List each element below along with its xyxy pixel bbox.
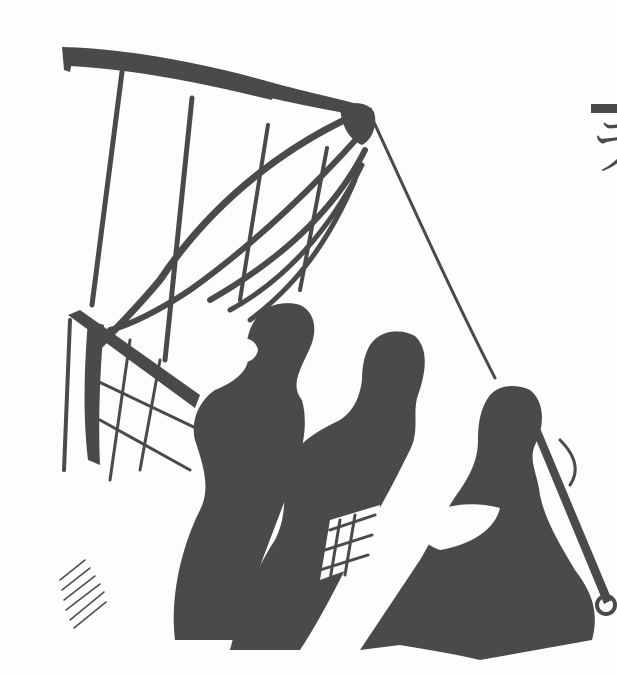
hatching bbox=[60, 560, 106, 628]
ink-illustration bbox=[0, 0, 617, 676]
boom-pole bbox=[62, 47, 372, 118]
text-fragment: ラ bbox=[586, 116, 617, 178]
